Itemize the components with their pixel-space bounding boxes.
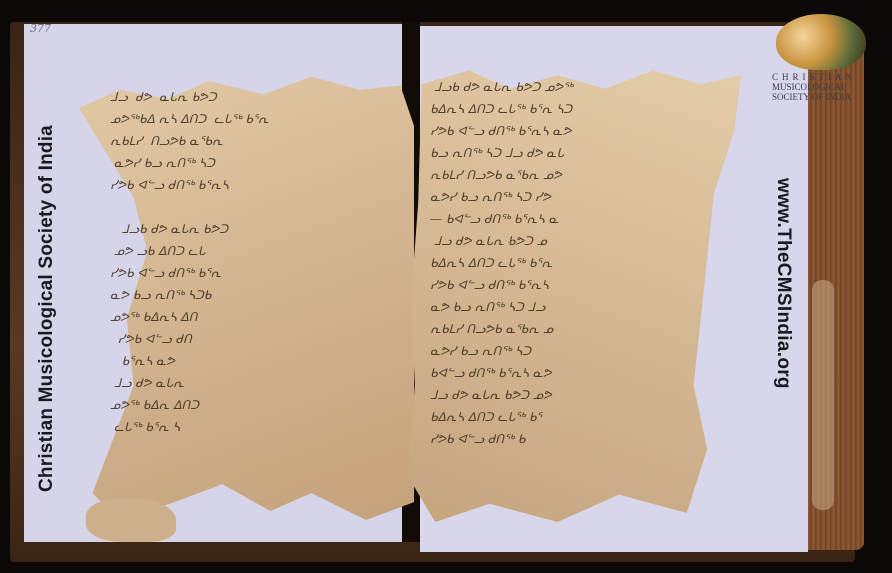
- logo-line-3: SOCIETY OF INDIA: [772, 92, 856, 102]
- society-logo: CHRISTIAN MUSICOLOGICAL SOCIETY OF INDIA: [768, 8, 870, 116]
- book-page-edges: [806, 40, 864, 550]
- watermark-society-name: Christian Musicological Society of India: [36, 125, 58, 492]
- left-handwritten-script: ᒧᓗ ᑯᕗ ᓇᒐᕆ ᑲᕗᑐ ᓄᕗᖅᑲᐃ ᕆᓴ ᐃᑎᑐ ᓚᒐᖅ ᑲᕐᕆ ᕆᑲᒪᓯ …: [110, 86, 400, 438]
- logo-line-2: MUSICOLOGICAL: [772, 82, 856, 92]
- right-handwritten-script: ᒧᓗᑲ ᑯᕗ ᓇᒐᕆ ᑲᕗᑐ ᓄᕗᖅ ᑲᐃᕆᓴ ᐃᑎᑐ ᓚᒐᖅ ᑲᕐᕆ ᓴᑐ ᓯ…: [430, 76, 730, 450]
- torn-leaf-fragment: [86, 498, 176, 542]
- watermark-website-url: www.TheCMSIndia.org: [772, 178, 794, 389]
- manuscript-photo: ᒧᓗ ᑯᕗ ᓇᒐᕆ ᑲᕗᑐ ᓄᕗᖅᑲᐃ ᕆᓴ ᐃᑎᑐ ᓚᒐᖅ ᑲᕐᕆ ᕆᑲᒪᓯ …: [0, 0, 892, 573]
- page-number-annotation: 377: [30, 22, 51, 35]
- angel-emblem-icon: [776, 14, 866, 70]
- logo-line-1: CHRISTIAN: [772, 72, 856, 82]
- logo-text: CHRISTIAN MUSICOLOGICAL SOCIETY OF INDIA: [772, 72, 856, 102]
